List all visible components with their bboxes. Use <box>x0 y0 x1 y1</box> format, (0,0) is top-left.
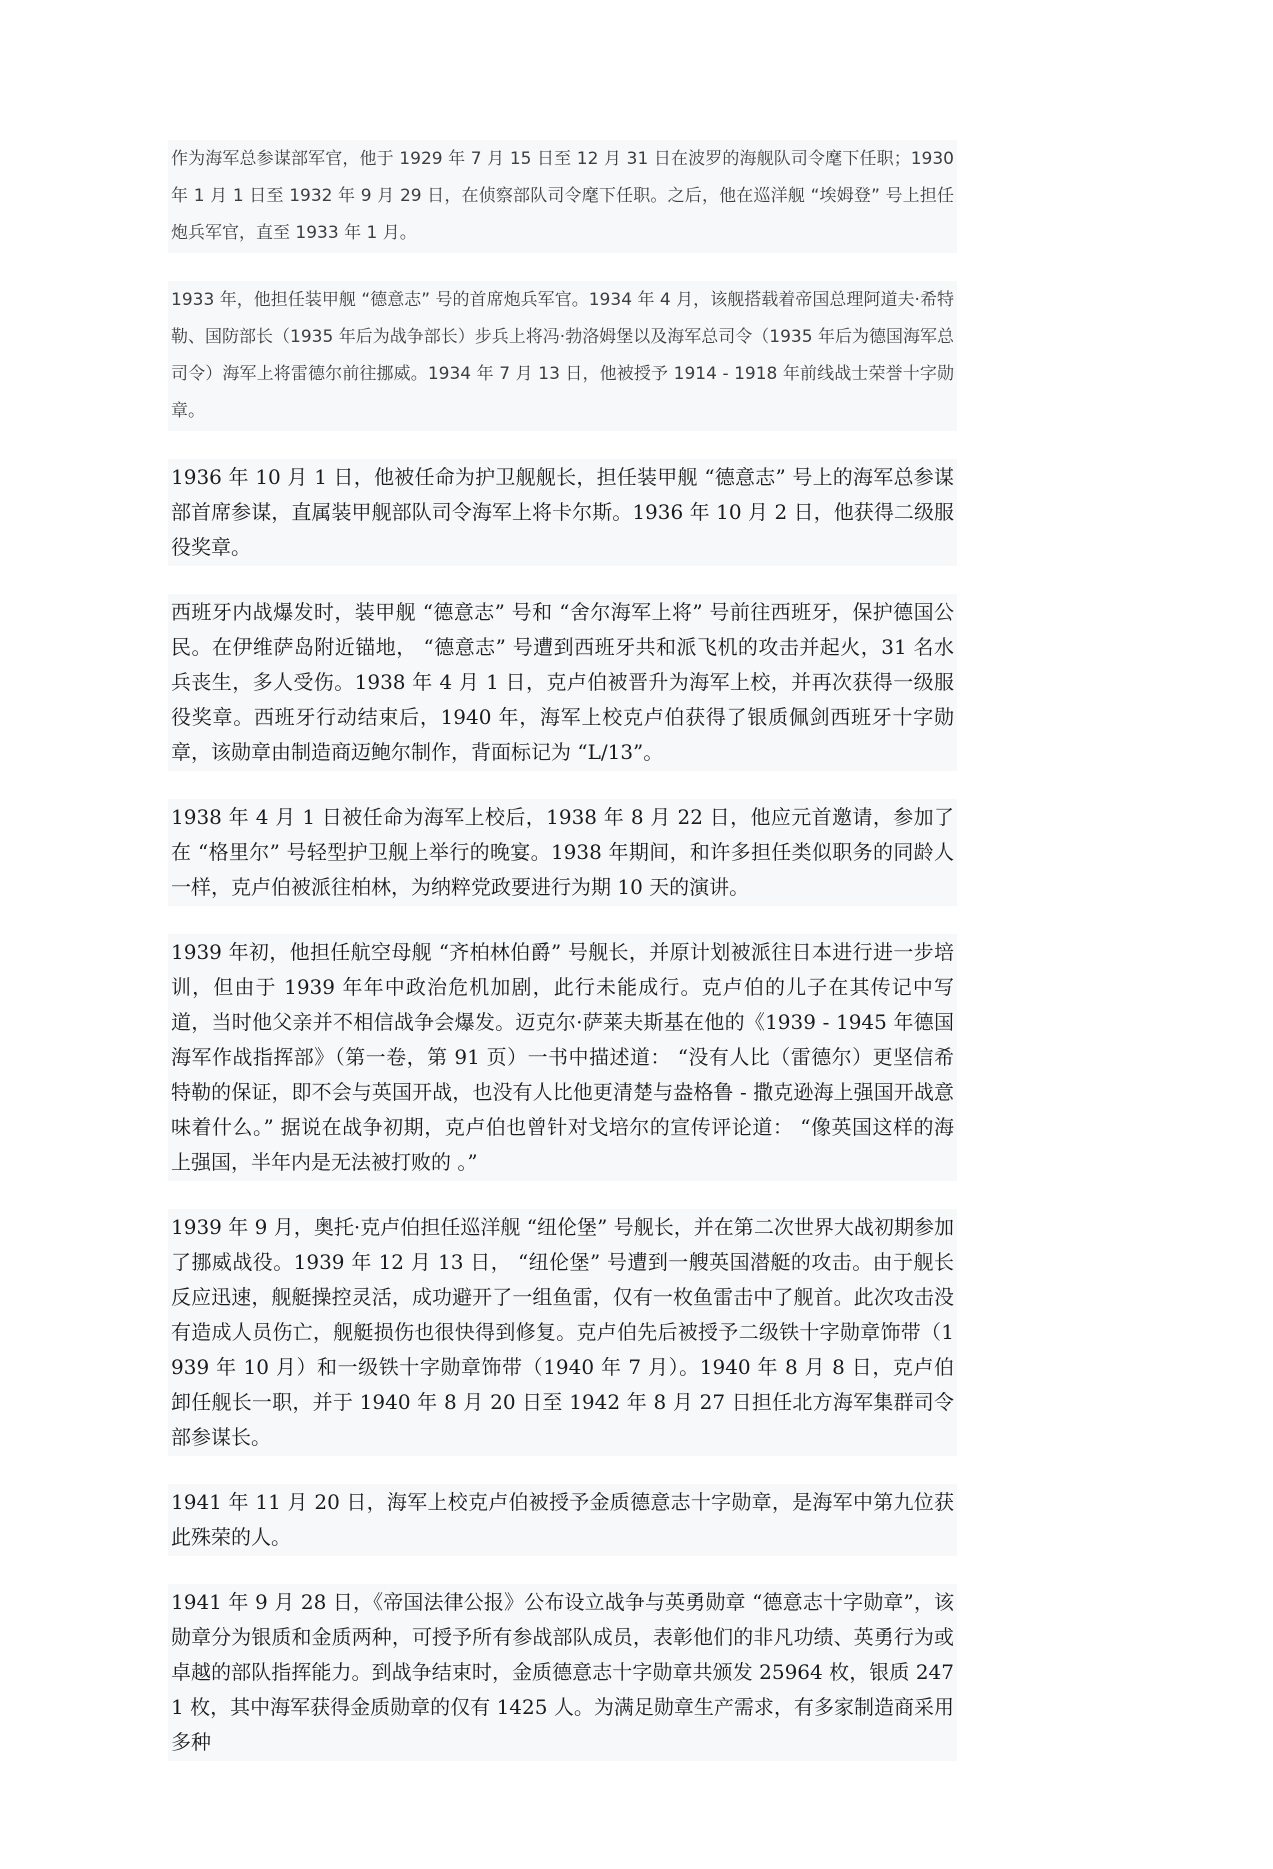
paragraph-4: 西班牙内战爆发时，装甲舰 “德意志” 号和 “舍尔海军上将” 号前往西班牙，保护… <box>168 594 957 771</box>
paragraph-6: 1939 年初，他担任航空母舰 “齐柏林伯爵” 号舰长，并原计划被派往日本进行进… <box>168 934 957 1181</box>
paragraph-5: 1938 年 4 月 1 日被任命为海军上校后，1938 年 8 月 22 日，… <box>168 799 957 906</box>
paragraph-9: 1941 年 9 月 28 日，《帝国法律公报》公布设立战争与英勇勋章 “德意志… <box>168 1584 957 1761</box>
document-page: 作为海军总参谋部军官，他于 1929 年 7 月 15 日至 12 月 31 日… <box>0 0 1273 1869</box>
paragraph-7: 1939 年 9 月，奥托·克卢伯担任巡洋舰 “纽伦堡” 号舰长，并在第二次世界… <box>168 1209 957 1456</box>
paragraph-2: 1933 年，他担任装甲舰 “德意志” 号的首席炮兵军官。1934 年 4 月，… <box>168 281 957 431</box>
paragraph-1: 作为海军总参谋部军官，他于 1929 年 7 月 15 日至 12 月 31 日… <box>168 140 957 253</box>
paragraph-8: 1941 年 11 月 20 日，海军上校克卢伯被授予金质德意志十字勋章，是海军… <box>168 1484 957 1556</box>
paragraph-3: 1936 年 10 月 1 日，他被任命为护卫舰舰长，担任装甲舰 “德意志” 号… <box>168 459 957 566</box>
